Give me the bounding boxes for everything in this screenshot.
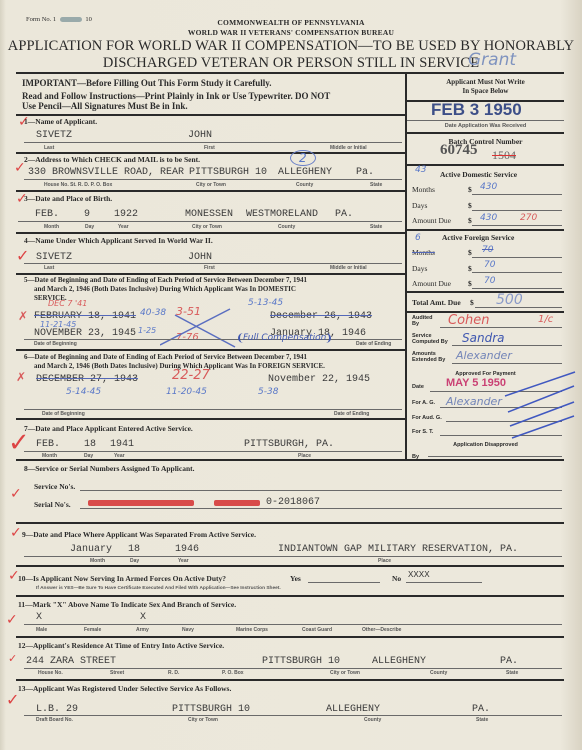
caption: Street: [110, 670, 124, 676]
s9-label: 9—Date and Place Where Applicant Was Sep…: [22, 530, 256, 539]
s5-begin-2: NOVEMBER 23, 1945: [34, 328, 136, 339]
caption: Month: [44, 224, 59, 230]
check-mark-icon: ✓: [6, 612, 18, 628]
s9-place: INDIANTOWN GAP MILITARY RESERVATION, PA.: [278, 544, 518, 555]
caption: City or Town: [330, 670, 360, 676]
s3-day: 9: [84, 209, 90, 220]
s6-label-line-1: 6—Date of Beginning and Date of Ending o…: [24, 353, 307, 361]
s2-city: PITTSBURGH 10: [189, 167, 267, 178]
rule: [16, 636, 564, 638]
field-line: [472, 225, 562, 226]
important-note: IMPORTANT—Before Filling Out This Form S…: [22, 78, 272, 88]
s10-yes-label: Yes: [290, 574, 301, 583]
s7-place: PITTSBURGH, PA.: [244, 439, 334, 450]
foreign-amount-value: 70: [484, 276, 495, 286]
domestic-months-value: 430: [480, 182, 497, 192]
option-marine-corps: Marine Corps: [236, 627, 268, 633]
s11-label: 11—Mark "X" Above Name To Indicate Sex A…: [18, 600, 236, 609]
rule: [16, 349, 405, 351]
foreign-heading: Active Foreign Service: [442, 233, 514, 242]
currency-symbol: $: [470, 298, 474, 307]
s7-year: 1941: [110, 439, 134, 450]
s5-full-compensation-note: Full Compensation: [238, 333, 331, 343]
s5-hand-calc-3: 1-25: [138, 326, 156, 335]
caption: City or Town: [196, 182, 226, 188]
caption: House No. St. R. D. P. O. Box: [44, 182, 112, 188]
s8-label: 8—Service or Serial Numbers Assigned To …: [24, 464, 195, 473]
audited-mark: 1/c: [538, 314, 553, 325]
field-line: [80, 508, 562, 509]
s2-state: Pa.: [356, 167, 374, 178]
s10-label: 10—Is Applicant Now Serving In Armed For…: [18, 574, 226, 583]
s6-hand-end: 11-20-45: [166, 387, 207, 397]
office-heading-1: Applicant Must Not Write: [407, 78, 564, 86]
date-received-stamp: FEB 3 1950: [431, 100, 522, 120]
foreign-amount-label: Amount Due: [412, 279, 451, 288]
batch-number-struck: 1504: [492, 148, 516, 163]
s7-day: 18: [84, 439, 96, 450]
s13-board: L.B. 29: [36, 704, 78, 715]
rule: [16, 595, 564, 597]
header-rule: [16, 72, 564, 74]
caption: Date of Ending: [356, 341, 391, 347]
s2-circled-annotation: 2: [290, 150, 316, 166]
caption: State: [370, 182, 382, 188]
no-field-line: [406, 582, 482, 583]
s3-label: 3—Date and Place of Birth.: [24, 194, 112, 203]
caption: Middle or Initial: [330, 145, 367, 151]
date-received-label: Date Application Was Received: [407, 123, 564, 129]
s5-hand-begin-1: DEC 7 '41: [48, 299, 87, 308]
s12-label: 12—Applicant's Residence At Time of Entr…: [18, 641, 224, 650]
s1-label: 1—Name of Applicant.: [24, 117, 97, 126]
option-female: Female: [84, 627, 101, 633]
rule: [16, 152, 405, 154]
s6-hand-begin: 5-14-45: [66, 387, 101, 397]
s10-no-label: No: [392, 574, 401, 583]
caption: Day: [85, 224, 94, 230]
s3-state: PA.: [335, 209, 353, 220]
s7-month: FEB.: [36, 439, 60, 450]
field-line: [472, 272, 562, 273]
check-mark-icon: ✓: [14, 160, 26, 176]
instructions-line-3: Use Pencil—All Signatures Must Be in Ink…: [22, 101, 188, 111]
s12-state: PA.: [500, 656, 518, 667]
s11-mark-male: X: [36, 612, 42, 623]
check-mark-icon: ✓: [10, 525, 22, 541]
field-line: [407, 120, 564, 121]
caption: County: [278, 224, 295, 230]
caption: First: [204, 145, 215, 151]
caption: R. D.: [168, 670, 179, 676]
s12-city: PITTSBURGH 10: [262, 656, 340, 667]
s10-note: If Answer is YES—Be Sure To Have Certifi…: [36, 586, 281, 591]
rule: [16, 232, 405, 234]
approved-date-label: Date: [412, 384, 424, 390]
extended-signature: Alexander: [456, 349, 512, 362]
agency-line-2: WORLD WAR II VETERANS' COMPENSATION BURE…: [0, 28, 582, 37]
s5-hand-end-1: 5-13-45: [248, 298, 283, 308]
caption: Year: [118, 224, 129, 230]
field-line: [80, 490, 562, 491]
s5-label-line-2: and March 2, 1946 (Both Dates Inclusive)…: [34, 285, 296, 293]
s11-mark-army: X: [140, 612, 146, 623]
domestic-amount-alt: 270: [520, 213, 537, 223]
redaction-mark: [214, 500, 260, 506]
field-line: [452, 363, 562, 364]
currency-symbol: $: [468, 216, 472, 225]
field-line: [472, 288, 562, 289]
computed-signature: Sandra: [462, 331, 504, 345]
currency-symbol: $: [468, 185, 472, 194]
s5-cross-out-marks: [160, 305, 240, 350]
s9-year: 1946: [175, 544, 199, 555]
yes-field-line: [308, 582, 380, 583]
serial-no-label: Serial No's.: [34, 500, 71, 509]
caption: Place: [378, 558, 391, 564]
compensation-application-form: Form No. 1 10 COMMONWEALTH OF PENNSYLVAN…: [0, 0, 582, 750]
s4-last-name: SIVETZ: [36, 252, 72, 263]
s3-year: 1922: [114, 209, 138, 220]
s13-city: PITTSBURGH 10: [172, 704, 250, 715]
caption: State: [370, 224, 382, 230]
foreign-months-label: Months: [412, 248, 435, 257]
caption: Date of Beginning: [42, 411, 85, 417]
grant-annotation: Grant: [468, 50, 516, 70]
audited-label: Audited By: [412, 315, 436, 327]
field-line: [472, 194, 562, 195]
field-line: [24, 556, 562, 557]
foreign-months-value: 70: [482, 245, 493, 255]
rule: [16, 114, 405, 116]
field-line: [24, 668, 562, 669]
caption: Last: [44, 265, 54, 271]
check-mark-icon: ✓: [10, 486, 22, 502]
rule: [407, 291, 564, 293]
s13-state: PA.: [472, 704, 490, 715]
s12-county: ALLEGHENY: [372, 656, 426, 667]
s6-hand-total: 5-38: [258, 387, 278, 397]
s1-first-name: JOHN: [188, 130, 212, 141]
disapproved-heading: Application Disapproved: [407, 442, 564, 448]
caption: County: [296, 182, 313, 188]
serial-number: 0-2018067: [266, 497, 320, 508]
domestic-amount-value: 430: [480, 213, 497, 223]
approval-scribbles: [500, 368, 580, 448]
s5-x-mark: ✗: [18, 309, 28, 323]
rule: [16, 273, 405, 275]
caption: City or Town: [188, 717, 218, 723]
caption: County: [364, 717, 381, 723]
s2-street: 330 BROWNSVILLE ROAD, REAR: [28, 167, 184, 178]
field-line: [24, 339, 402, 340]
service-no-label: Service No's.: [34, 482, 75, 491]
field-line: [472, 210, 562, 211]
option-navy: Navy: [182, 627, 194, 633]
foreign-annotation: 6: [415, 233, 421, 243]
field-line: [440, 327, 562, 328]
s6-end: November 22, 1945: [268, 374, 370, 385]
field-line: [452, 345, 562, 346]
audited-signature: Cohen: [448, 313, 490, 328]
field-line: [475, 307, 562, 308]
s4-first-name: JOHN: [188, 252, 212, 263]
s3-month: FEB.: [35, 209, 59, 220]
s13-label: 13—Applicant Was Registered Under Select…: [18, 684, 231, 693]
field-line: [24, 179, 402, 180]
rule: [407, 132, 564, 134]
s3-city: MONESSEN: [185, 209, 233, 220]
option-army: Army: [136, 627, 149, 633]
office-panel-divider: [405, 72, 407, 459]
rule: [16, 522, 564, 524]
s7-label: 7—Date and Place Applicant Entered Activ…: [24, 424, 193, 433]
rule: [407, 164, 564, 166]
extended-label: Amounts Extended By: [412, 351, 452, 363]
s2-label: 2—Address to Which CHECK and MAIL is to …: [24, 155, 200, 164]
s5-end-1: December 26, 1943: [270, 311, 372, 322]
currency-symbol: $: [468, 201, 472, 210]
s2-county: ALLEGHENY: [278, 167, 332, 178]
rule: [407, 229, 564, 231]
caption: First: [204, 265, 215, 271]
caption: Draft Board No.: [36, 717, 73, 723]
s4-label: 4—Name Under Which Applicant Served In W…: [24, 236, 213, 245]
office-heading-2: In Space Below: [407, 87, 564, 95]
domestic-months-label: Months: [412, 185, 435, 194]
caption: Year: [178, 558, 189, 564]
field-line: [24, 409, 402, 410]
s5-label-line-1: 5—Date of Beginning and Date of Ending o…: [24, 276, 307, 284]
batch-label: Batch Control Number: [407, 137, 564, 146]
check-mark-icon: ✓: [6, 690, 19, 709]
caption: House No.: [38, 670, 63, 676]
for-audg-label: For Aud. G.: [412, 415, 442, 421]
foreign-days-label: Days: [412, 264, 427, 273]
domestic-heading: Active Domestic Service: [440, 170, 517, 179]
caption: County: [430, 670, 447, 676]
s12-street: 244 ZARA STREET: [26, 656, 116, 667]
agency-line-1: COMMONWEALTH OF PENNSYLVANIA: [0, 18, 582, 27]
rule: [16, 418, 405, 420]
rule: [16, 190, 405, 192]
option-coast-guard: Coast Guard: [302, 627, 332, 633]
for-st-label: For S. T.: [412, 429, 433, 435]
s6-begin: DECEMBER 27, 1943: [36, 374, 138, 385]
domestic-annotation: 43: [415, 165, 426, 175]
caption: State: [506, 670, 518, 676]
field-line: [18, 221, 402, 222]
rule: [16, 565, 564, 567]
disapproved-by-label: By: [412, 454, 419, 460]
field-line: [24, 715, 562, 716]
total-value: 500: [496, 292, 523, 308]
domestic-amount-label: Amount Due: [412, 216, 451, 225]
caption: Last: [44, 145, 54, 151]
caption: Day: [130, 558, 139, 564]
caption: P. O. Box: [222, 670, 244, 676]
batch-number: 60745: [440, 142, 478, 159]
field-line: [24, 263, 402, 264]
for-ag-label: For A. G.: [412, 400, 435, 406]
caption: Date of Beginning: [34, 341, 77, 347]
option-male: Male: [36, 627, 47, 633]
foreign-days-value: 70: [484, 260, 495, 270]
option-other: Other—Describe: [362, 627, 401, 633]
computed-label: Service Computed By: [412, 333, 452, 345]
field-line: [472, 257, 562, 258]
s6-hand-mid: 22-27: [172, 368, 210, 383]
check-mark-icon: ✓: [8, 652, 17, 665]
currency-symbol: $: [468, 279, 472, 288]
caption: City or Town: [192, 224, 222, 230]
caption: Middle or Initial: [330, 265, 367, 271]
instructions-line-2: Read and Follow Instructions—Print Plain…: [22, 91, 330, 101]
s1-last-name: SIVETZ: [36, 130, 72, 141]
total-label: Total Amt. Due: [412, 298, 461, 307]
caption: Date of Ending: [334, 411, 369, 417]
domestic-days-label: Days: [412, 201, 427, 210]
rule: [16, 459, 564, 461]
s6-x-mark: ✗: [16, 370, 26, 384]
field-line: [24, 142, 402, 143]
currency-symbol: $: [468, 248, 472, 257]
s13-county: ALLEGHENY: [326, 704, 380, 715]
s9-month: January: [70, 544, 112, 555]
approved-stamp: MAY 5 1950: [446, 377, 506, 389]
caption: Month: [90, 558, 105, 564]
field-line: [428, 456, 562, 457]
field-line: [24, 624, 562, 625]
s10-no-value: XXXX: [408, 570, 430, 580]
redaction-mark: [88, 500, 194, 506]
caption: State: [476, 717, 488, 723]
s3-county: WESTMORELAND: [246, 209, 318, 220]
s9-day: 18: [128, 544, 140, 555]
rule: [16, 679, 564, 681]
field-line: [24, 451, 402, 452]
